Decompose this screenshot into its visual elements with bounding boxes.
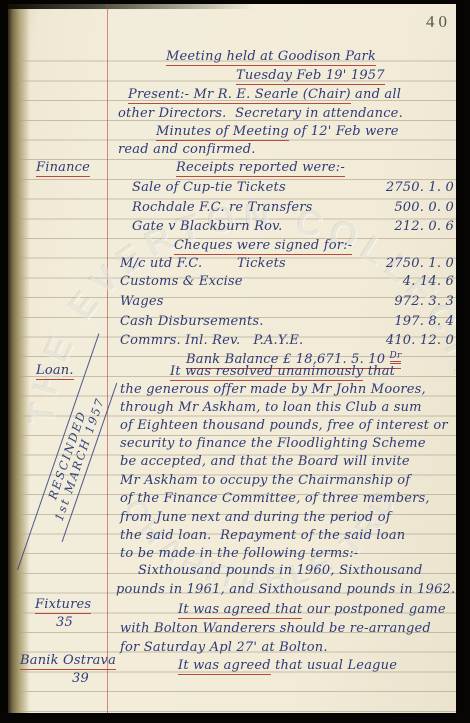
cheques-heading: Cheques were signed for:- [174,237,352,254]
margin-note-fixtures-text: Fixtures [35,597,91,614]
loan-paragraph-line: of the Finance Committee, of three membe… [120,490,430,507]
receipt-row: Sale of Cup-tie Tickets2750. 1. 0 [132,179,456,196]
cheque-row: Commrs. Inl. Rev. P.A.Y.E.410. 12. 0 [120,332,456,349]
cheque-row: Wages972. 3. 3 [120,293,456,310]
minutes-underlined: Minutes of Meeting [156,124,289,141]
cheque-amount: 2750. 1. 0 [360,255,454,272]
receipt-amount: 212. 0. 6 [360,218,454,235]
page-number: 40 [426,12,451,32]
loan-opening-rest: that [363,364,395,379]
loan-paragraph-line: security to finance the Floodlighting Sc… [120,435,426,452]
minutes-line: Minutes of Meeting of 12' Feb were [156,123,399,140]
meeting-title-text: Meeting held at Goodison Park [166,49,376,66]
margin-note-finance: Finance [36,159,90,176]
minutes-rest: of 12' Feb were [289,124,399,139]
receipt-row: Gate v Blackburn Rov.212. 0. 6 [132,218,456,235]
cheque-amount: 4. 14. 6 [360,273,454,290]
page-gutter-edge [8,4,30,713]
loan-paragraph-line: of Eighteen thousand pounds, free of int… [120,417,448,434]
loan-opening-underlined: It was resolved unanimously [170,364,363,381]
present-line: Present:- Mr R. E. Searle (Chair) and al… [128,86,401,103]
loan-paragraph-line: pounds in 1961, and Sixthousand pounds i… [116,581,455,598]
loan-paragraph-line: to be made in the following terms:- [120,545,358,562]
margin-note-fixtures-ref: 35 [56,614,73,631]
margin-note-loan-text: Loan. [36,363,74,380]
loan-paragraph-line: through Mr Askham, to loan this Club a s… [120,399,422,416]
fixtures-opening-underlined: It was agreed that [178,602,302,619]
margin-note-banik-ref: 39 [72,670,89,687]
margin-note-finance-text: Finance [36,160,90,177]
cheque-desc: M/c utd F.C. Tickets [120,256,286,271]
cheque-row: M/c utd F.C. Tickets2750. 1. 0 [120,255,456,272]
receipt-amount: 2750. 1. 0 [360,179,454,196]
cheque-desc: Cash Disbursements. [120,314,264,329]
fixtures-paragraph-line: for Saturday Apl 27' at Bolton. [120,639,328,656]
cheque-row: Cash Disbursements.197. 8. 4 [120,313,456,330]
cheque-desc: Customs & Excise [120,274,243,289]
binding-shadow [8,4,254,9]
margin-note-banik-text: Banik Ostrava [20,653,116,670]
league-opening-line: It was agreed that usual League [178,657,397,674]
cheque-desc: Wages [120,294,164,309]
receipt-desc: Sale of Cup-tie Tickets [132,180,286,195]
receipt-amount: 500. 0. 0 [360,199,454,216]
loan-paragraph-line: be accepted, and that the Board will inv… [120,453,410,470]
receipts-heading: Receipts reported were:- [176,159,345,176]
loan-paragraph-line: the generous offer made by Mr John Moore… [120,381,426,398]
cheque-amount: 972. 3. 3 [360,293,454,310]
fixtures-opening-line: It was agreed that our postponed game [178,601,446,618]
cheque-amount: 410. 12. 0 [360,332,454,349]
ledger-page: THE EVERTON COLLECTION THE EVERTON COLLE… [8,4,456,713]
receipt-desc: Gate v Blackburn Rov. [132,219,282,234]
present-continuation: other Directors. Secretary in attendance… [118,105,403,122]
loan-paragraph-line: from June next and during the period of [120,509,391,526]
margin-note-loan: Loan. [36,362,74,379]
receipt-row: Rochdale F.C. re Transfers500. 0. 0 [132,199,456,216]
cheques-heading-text: Cheques were signed for:- [174,238,352,255]
league-opening-underlined: It was agreed [178,658,271,675]
cheque-row: Customs & Excise4. 14. 6 [120,273,456,290]
present-underlined: Present:- Mr R. E. Searle (Chair) [128,87,351,104]
fixtures-paragraph-line: with Bolton Wanderers should be re-arran… [120,620,431,637]
loan-paragraph-line: Sixthousand pounds in 1960, Sixthousand [138,562,423,579]
receipts-heading-text: Receipts reported were:- [176,160,345,177]
loan-paragraph-line: Mr Askham to occupy the Chairmanship of [120,472,410,489]
minutes-continuation: read and confirmed. [118,141,256,158]
loan-paragraph-line: the said loan. Repayment of the said loa… [120,527,405,544]
loan-opening-line: It was resolved unanimously that [170,363,395,380]
present-rest: and all [351,87,401,102]
receipt-desc: Rochdale F.C. re Transfers [132,200,313,215]
meeting-date-line: Tuesday Feb 19' 1957 [236,67,385,84]
fixtures-opening-rest: our postponed game [302,602,445,617]
cheque-desc: Commrs. Inl. Rev. P.A.Y.E. [120,333,303,348]
margin-note-fixtures: Fixtures [35,596,91,613]
meeting-date-text: Tuesday Feb 19' 1957 [236,68,385,85]
cheque-amount: 197. 8. 4 [360,313,454,330]
meeting-title-line: Meeting held at Goodison Park [166,48,376,65]
margin-note-banik: Banik Ostrava [20,652,116,669]
league-opening-rest: that usual League [271,658,397,673]
